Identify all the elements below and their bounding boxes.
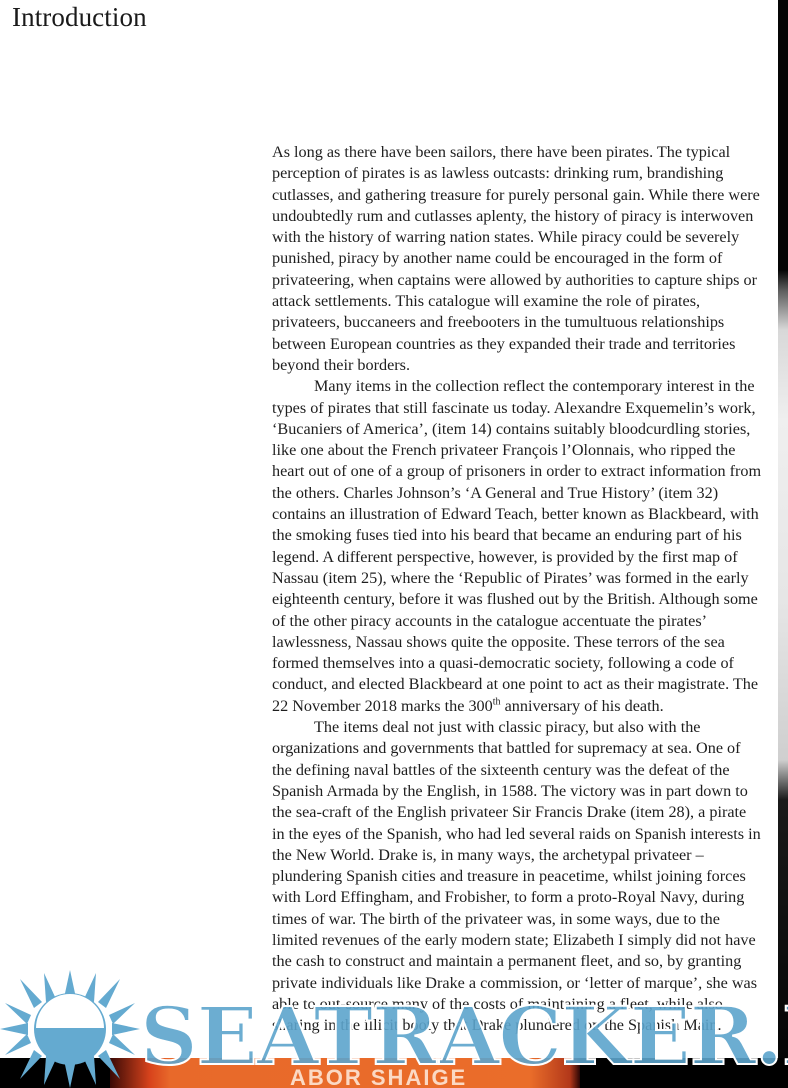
paragraph-2-text: Many items in the collection reflect the…	[272, 377, 761, 714]
adjacent-page-edge	[778, 0, 788, 1058]
watermark-text: SEATRACKER.RU	[140, 996, 788, 1076]
body-text: As long as there have been sailors, ther…	[272, 142, 762, 1036]
paragraph-2-tail: anniversary of his death.	[501, 697, 664, 715]
paragraph-2: Many items in the collection reflect the…	[272, 376, 762, 717]
paragraph-1: As long as there have been sailors, ther…	[272, 142, 762, 376]
page-title: Introduction	[12, 2, 147, 33]
document-page: Introduction As long as there have been …	[0, 0, 778, 1058]
sun-icon	[0, 970, 140, 1088]
ordinal-suffix: th	[493, 696, 501, 707]
